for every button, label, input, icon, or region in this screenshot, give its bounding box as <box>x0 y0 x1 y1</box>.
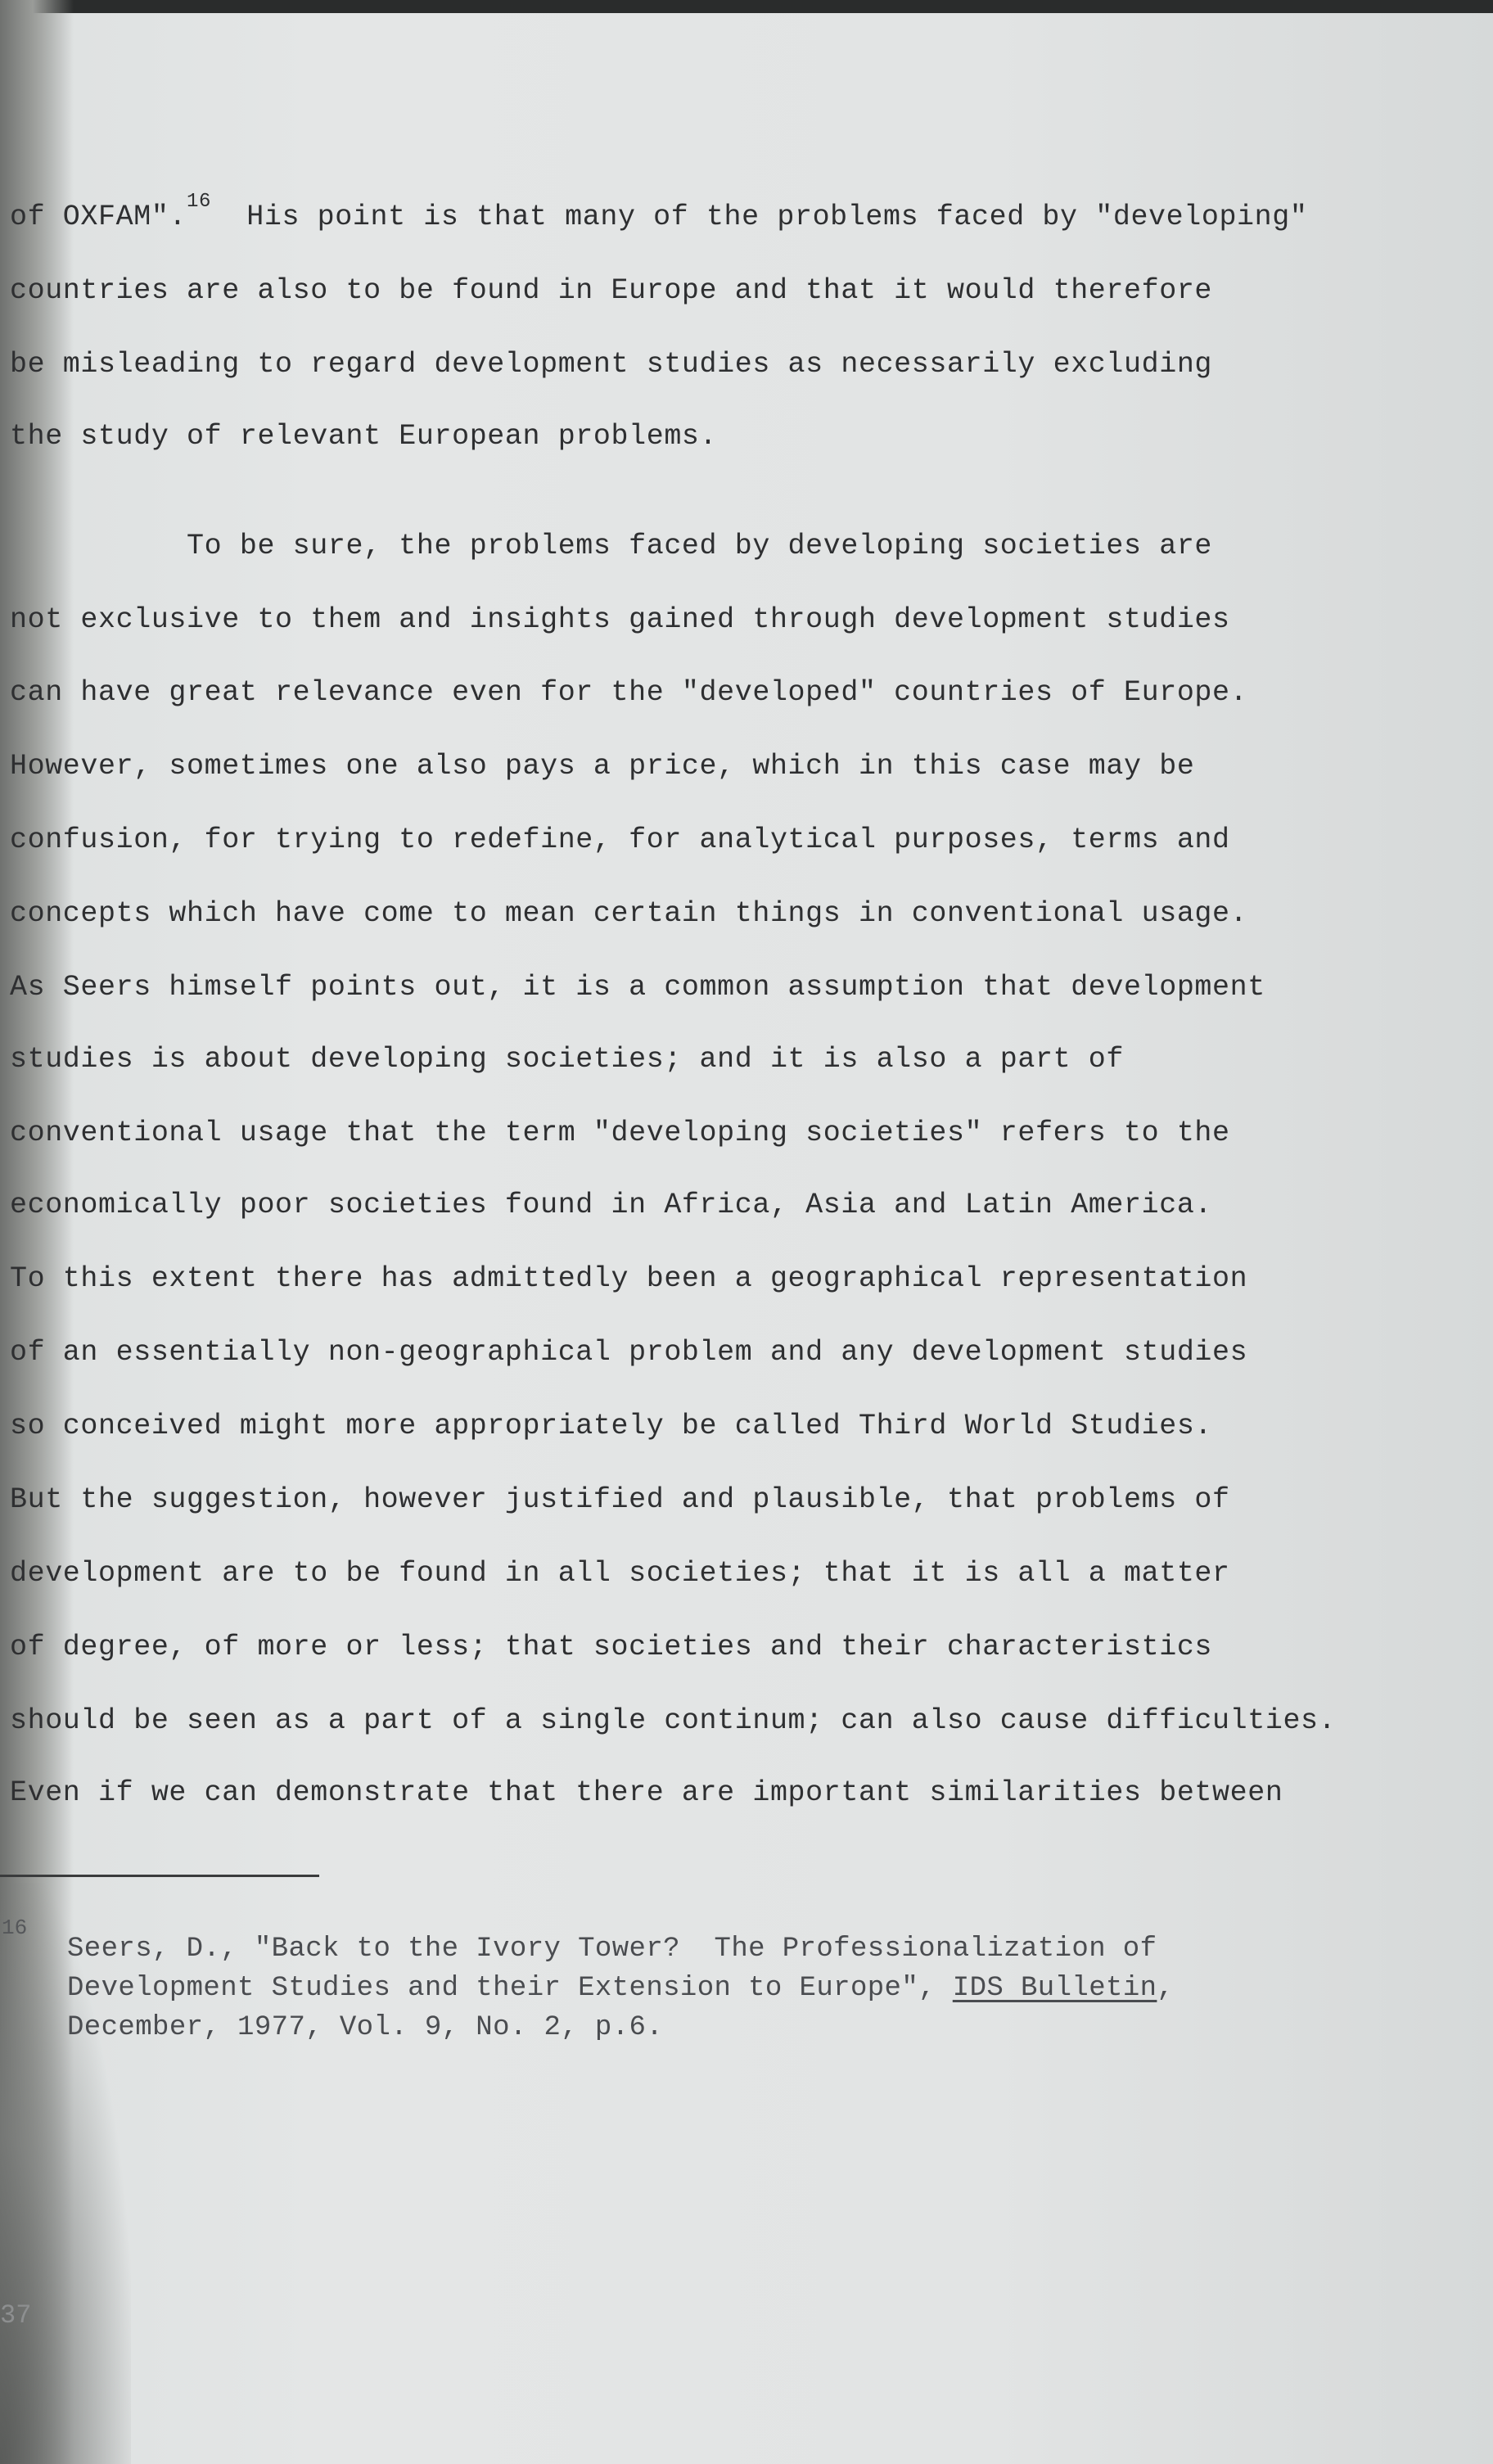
body-line: conventional usage that the term "develo… <box>10 1117 1230 1149</box>
binding-shadow-lower <box>0 1883 131 2464</box>
body-line: not exclusive to them and insights gaine… <box>10 603 1230 636</box>
footnote-reference: 16 <box>187 191 211 213</box>
page-number: 37 <box>0 2300 31 2331</box>
body-line: be misleading to regard development stud… <box>10 348 1212 381</box>
journal-title: IDS Bulletin <box>953 1973 1157 2004</box>
footnote-line-2: Development Studies and their Extension … <box>67 1973 1174 2004</box>
body-line: studies is about developing societies; a… <box>10 1043 1124 1076</box>
footnote-punct: , <box>1157 1973 1174 2004</box>
body-line: As Seers himself points out, it is a com… <box>10 971 1265 1004</box>
body-line: To be sure, the problems faced by develo… <box>10 530 1212 562</box>
document-page: of OXFAM".16 His point is that many of t… <box>0 0 1493 2464</box>
body-line: should be seen as a part of a single con… <box>10 1704 1336 1737</box>
body-line: Even if we can demonstrate that there ar… <box>10 1776 1283 1809</box>
body-line: To this extent there has admittedly been… <box>10 1262 1247 1295</box>
body-line: confusion, for trying to redefine, for a… <box>10 824 1230 856</box>
body-line: concepts which have come to mean certain… <box>10 897 1247 930</box>
scan-top-edge <box>0 0 1493 13</box>
footnote-line-3: December, 1977, Vol. 9, No. 2, p.6. <box>67 2012 663 2043</box>
body-line: However, sometimes one also pays a price… <box>10 750 1194 783</box>
body-line: economically poor societies found in Afr… <box>10 1189 1212 1221</box>
footnote-divider <box>0 1875 319 1877</box>
footnote-text: Development Studies and their Extension … <box>67 1973 953 2004</box>
body-line: countries are also to be found in Europe… <box>10 274 1212 307</box>
body-line: can have great relevance even for the "d… <box>10 676 1247 709</box>
body-line: development are to be found in all socie… <box>10 1557 1230 1590</box>
footnote-line-1: Seers, D., "Back to the Ivory Tower? The… <box>67 1934 1157 1965</box>
body-line: of OXFAM".16 His point is that many of t… <box>10 201 1307 233</box>
body-line: the study of relevant European problems. <box>10 420 717 453</box>
body-line: But the suggestion, however justified an… <box>10 1483 1230 1516</box>
body-line: of an essentially non-geographical probl… <box>10 1336 1247 1369</box>
body-line: so conceived might more appropriately be… <box>10 1410 1212 1442</box>
body-line: of degree, of more or less; that societi… <box>10 1631 1212 1663</box>
footnote-number: 16 <box>2 1916 27 1940</box>
